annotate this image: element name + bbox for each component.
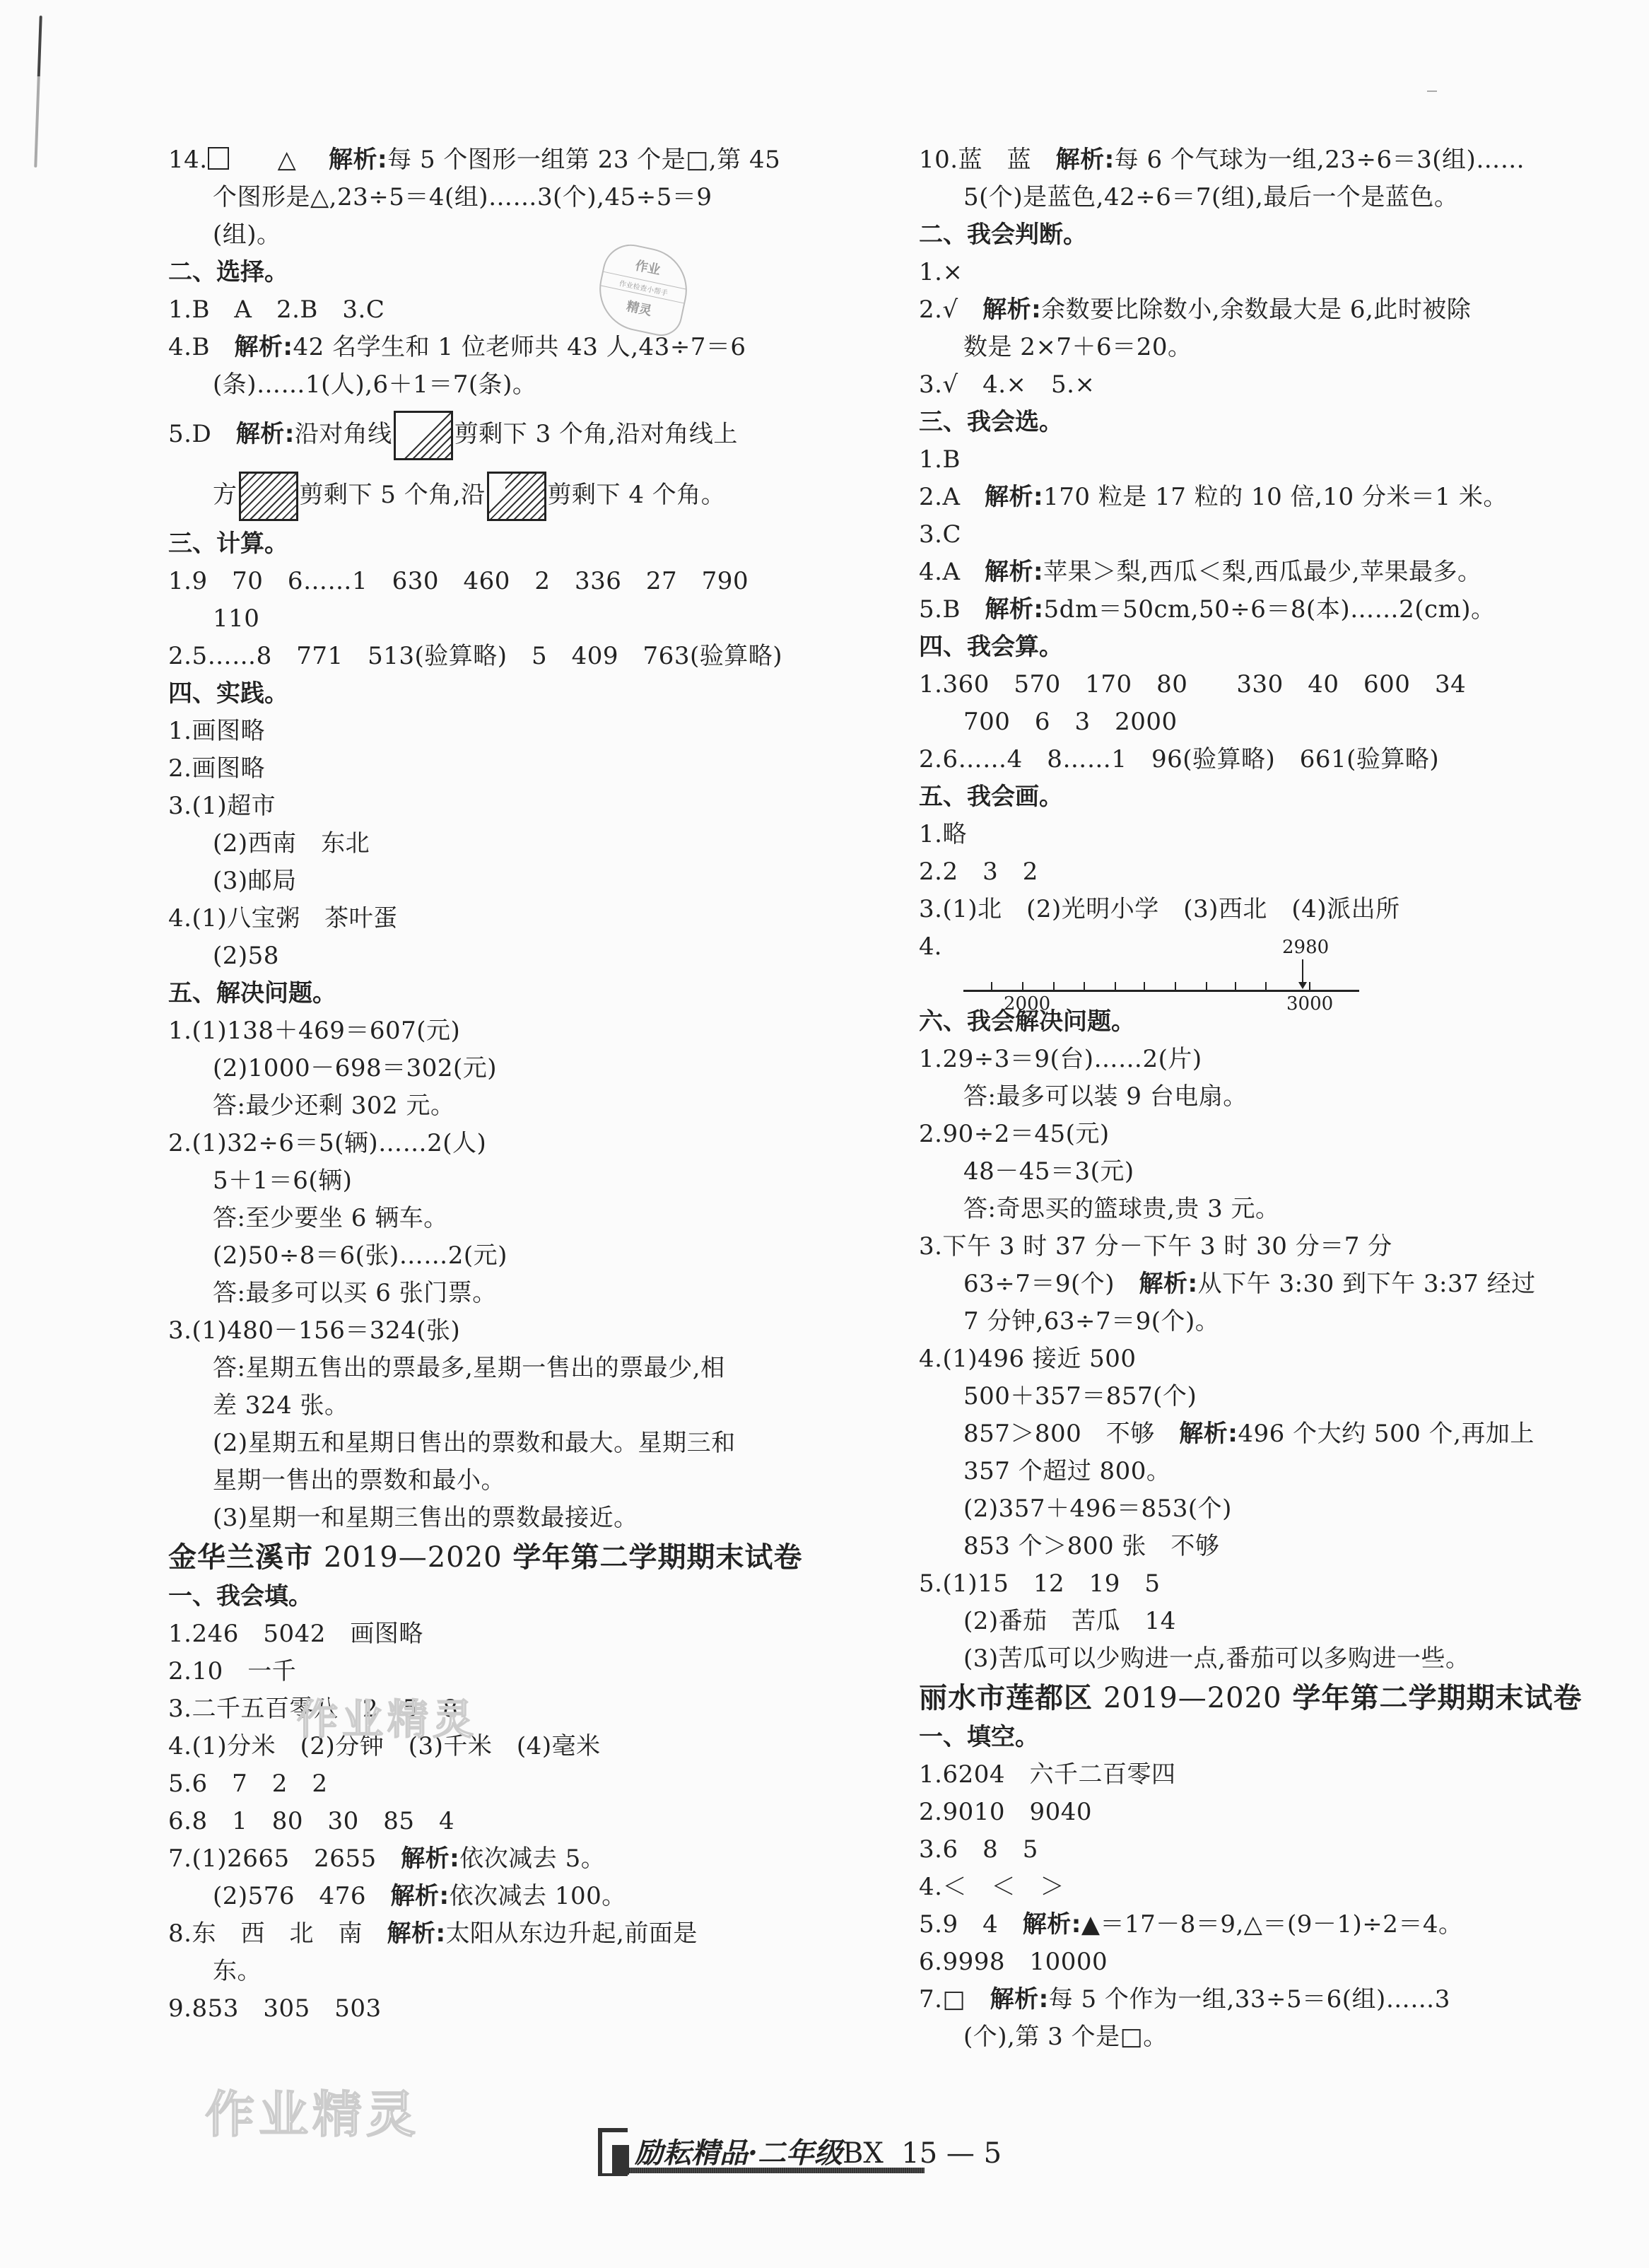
answer-line-continued: 700 6 3 2000 <box>919 703 1626 741</box>
answer-line-continued: (2)50÷8＝6(张)……2(元) <box>168 1237 868 1275</box>
answer-line: 4.B 解析:42 名学生和 1 位老师共 43 人,43÷7＝6 <box>168 329 868 366</box>
footer-text: 励耘精品·二年级BX 15 — 5 <box>635 2131 1002 2171</box>
answer-line: 4.(1)496 接近 500 <box>919 1340 1626 1378</box>
answer-line: 2.10 一千 <box>168 1653 868 1690</box>
exam-title-lanxi: 金华兰溪市 2019—2020 学年第二学期期末试卷 <box>168 1537 868 1578</box>
answer-line: 1.画图略 <box>168 713 868 750</box>
answer-line-continued: (条)……1(人),6＋1＝7(条)。 <box>168 366 868 404</box>
answer-line: 2.5……8 771 513(验算略) 5 409 763(验算略) <box>168 638 868 675</box>
answer-line-continued: 星期一售出的票数和最小。 <box>168 1462 868 1500</box>
answer-line: 2.A 解析:170 粒是 17 粒的 10 倍,10 分米＝1 米。 <box>919 479 1626 516</box>
answer-line: 5.(1)15 12 19 5 <box>919 1565 1626 1603</box>
answer-block-right-bottom: 一、填空。1.6204 六千二百零四2.9010 90403.6 8 54.＜ … <box>919 1719 1626 2056</box>
answer-line: 9.853 305 503 <box>168 1990 868 2028</box>
answer-line: 5.6 7 2 2 <box>168 1765 868 1803</box>
down-arrow-icon <box>1302 959 1303 988</box>
section-heading: 二、选择。 <box>168 254 868 291</box>
answer-line-continued: (2)357＋496＝853(个) <box>919 1490 1626 1528</box>
tick <box>1115 982 1116 990</box>
answer-line: 8.东 西 北 南 解析:太阳从东边升起,前面是 <box>168 1915 868 1953</box>
triangle-shape-icon: △ <box>278 146 297 174</box>
section-heading: 一、填空。 <box>919 1719 1626 1756</box>
answer-line-continued: 答:最多可以买 6 张门票。 <box>168 1275 868 1312</box>
number-line-figure: 4. 2000 3000 2980 <box>919 928 1626 1003</box>
analysis-label: 解析: <box>982 296 1041 324</box>
answer-line: 1.B A 2.B 3.C <box>168 291 868 329</box>
answer-line: 6.9998 10000 <box>919 1943 1626 1981</box>
section-heading: 五、解决问题。 <box>168 975 868 1012</box>
answer-line: 2.画图略 <box>168 750 868 788</box>
answer-line-continued: 7 分钟,63÷7＝9(个)。 <box>919 1303 1626 1340</box>
answer-line: 1.(1)138＋469＝607(元) <box>168 1012 868 1050</box>
answer-line-continued: 答:至少要坐 6 辆车。 <box>168 1200 868 1237</box>
margin-mark <box>34 16 42 168</box>
answer-line: 1.246 5042 画图略 <box>168 1615 868 1653</box>
answer-line-continued: 853 个＞800 张 不够 <box>919 1528 1626 1565</box>
answer-line-continued: (3)邮局 <box>168 863 868 900</box>
answer-line-continued: 差 324 张。 <box>168 1387 868 1425</box>
number-line-question-label: 4. <box>919 928 941 966</box>
cut-diagonal-figure <box>394 411 453 460</box>
analysis-label: 解析: <box>401 1845 459 1873</box>
answer-line-continued: (2)58 <box>168 937 868 975</box>
answer-line: 4.A 解析:苹果＞梨,西瓜＜梨,西瓜最少,苹果最多。 <box>919 554 1626 591</box>
answer-line-continued: (2)番茄 苦瓜 14 <box>919 1603 1626 1640</box>
answer-block-right-top: 10.蓝 蓝 解析:每 6 个气球为一组,23÷6＝3(组)……5(个)是蓝色,… <box>919 141 1626 928</box>
tick <box>1175 982 1176 990</box>
cut-along-figure <box>487 472 546 521</box>
analysis-label: 解析: <box>390 1882 449 1910</box>
answer-line-continued: 357 个超过 800。 <box>919 1453 1626 1490</box>
answer-line: 1.略 <box>919 816 1626 853</box>
watermark: 作业精灵 <box>297 1686 478 1746</box>
answer-line-continued: (2)星期五和星期日售出的票数和最大。星期三和 <box>168 1425 868 1462</box>
cut-above-diagonal-figure <box>239 472 298 521</box>
analysis-label: 解析: <box>387 1919 445 1948</box>
analysis-label: 解析: <box>985 595 1043 624</box>
analysis-label: 解析: <box>985 483 1043 511</box>
answer-block-left-middle: 三、计算。1.9 70 6……1 630 460 2 336 27 790110… <box>168 525 868 1537</box>
answer-line: 4.(1)分米 (2)分钟 (3)千米 (4)毫米 <box>168 1728 868 1765</box>
answer-line: 10.蓝 蓝 解析:每 6 个气球为一组,23÷6＝3(组)…… <box>919 141 1626 179</box>
answer-line-continued: 48－45＝3(元) <box>919 1153 1626 1191</box>
answer-line-continued: 答:最少还剩 302 元。 <box>168 1087 868 1125</box>
answer-line-continued: 答:星期五售出的票最多,星期一售出的票最少,相 <box>168 1350 868 1387</box>
section-heading: 四、实践。 <box>168 675 868 713</box>
answer-line-q5-cont: 方剪剩下 5 个角,沿剪剩下 4 个角。 <box>168 464 868 525</box>
square-shape-icon <box>208 147 229 170</box>
answer-block-left-bottom: 一、我会填。1.246 5042 画图略2.10 一千3.二千五百零八 2 5 … <box>168 1578 868 2028</box>
tick <box>1309 982 1310 990</box>
answer-line-continued: (3)星期一和星期三售出的票数最接近。 <box>168 1500 868 1537</box>
analysis-label: 解析: <box>329 146 387 174</box>
left-column: 14. △ 解析:每 5 个图形一组第 23 个是□,第 45个图形是△,23÷… <box>168 141 868 2028</box>
answer-line-continued: 5(个)是蓝色,42÷6＝7(组),最后一个是蓝色。 <box>919 179 1626 216</box>
analysis-label: 解析: <box>1179 1420 1238 1448</box>
answer-line-continued: (组)。 <box>168 216 868 254</box>
tick <box>1053 982 1055 990</box>
answer-line: 2.90÷2＝45(元) <box>919 1116 1626 1153</box>
answer-line: 3.√ 4.× 5.× <box>919 366 1626 404</box>
answer-line: 63÷7＝9(个) 解析:从下午 3:30 到下午 3:37 经过 <box>919 1265 1626 1303</box>
answer-block-right-middle: 六、我会解决问题。1.29÷3＝9(台)……2(片)答:最多可以装 9 台电扇。… <box>919 1003 1626 1678</box>
series-code: BX <box>843 2137 884 2170</box>
answer-line: (2)576 476 解析:依次减去 100。 <box>168 1878 868 1915</box>
answer-block-left-top: 14. △ 解析:每 5 个图形一组第 23 个是□,第 45个图形是△,23÷… <box>168 141 868 404</box>
answer-line-continued: 110 <box>168 600 868 638</box>
answer-line: 2.2 3 2 <box>919 853 1626 891</box>
answer-line-continued: (3)苦瓜可以少购进一点,番茄可以多购进一些。 <box>919 1640 1626 1678</box>
answer-line-continued: (2)西南 东北 <box>168 825 868 863</box>
answer-line: 7.(1)2665 2655 解析:依次减去 5。 <box>168 1840 868 1878</box>
analysis-label: 解析: <box>1139 1270 1198 1298</box>
answer-line: 3.(1)超市 <box>168 788 868 825</box>
number-line-end-label: 3000 <box>1286 993 1333 1015</box>
right-column: 10.蓝 蓝 解析:每 6 个气球为一组,23÷6＝3(组)……5(个)是蓝色,… <box>919 141 1626 2056</box>
answer-line: 3.C <box>919 516 1626 554</box>
answer-line-q5: 5.D 解析:沿对角线剪剩下 3 个角,沿对角线上 <box>168 404 868 464</box>
tick <box>1022 982 1023 990</box>
answer-line: 2.√ 解析:余数要比除数小,余数最大是 6,此时被除 <box>919 291 1626 329</box>
brand-name: 励耘精品·二年级 <box>635 2137 843 2170</box>
tick <box>1235 982 1236 990</box>
answer-line-continued: 500＋357＝857(个) <box>919 1378 1626 1415</box>
analysis-label: 解析: <box>985 558 1043 586</box>
analysis-label: 解析: <box>234 333 293 361</box>
answer-line-continued: (2)1000－698＝302(元) <box>168 1050 868 1087</box>
answer-line-continued: 个图形是△,23÷5＝4(组)……3(个),45÷5＝9 <box>168 179 868 216</box>
answer-line-continued: (个),第 3 个是□。 <box>919 2018 1626 2056</box>
answer-line: 3.下午 3 时 37 分－下午 3 时 30 分＝7 分 <box>919 1228 1626 1265</box>
number-line-start-label: 2000 <box>1004 993 1050 1015</box>
tick <box>1144 982 1145 990</box>
answer-line: 1.B <box>919 441 1626 479</box>
answer-line: 1.6204 六千二百零四 <box>919 1756 1626 1794</box>
section-heading: 三、计算。 <box>168 525 868 563</box>
answer-line: 7.□ 解析:每 5 个作为一组,33÷5＝6(组)……3 <box>919 1981 1626 2018</box>
section-heading: 三、我会选。 <box>919 404 1626 441</box>
answer-line: 4.＜ ＜ ＞ <box>919 1869 1626 1906</box>
tick <box>1206 982 1207 990</box>
page-number: 15 — 5 <box>901 2137 1002 2170</box>
answer-line: 5.9 4 解析:▲＝17－8＝9,△＝(9－1)÷2＝4。 <box>919 1906 1626 1943</box>
section-heading: 二、我会判断。 <box>919 216 1626 254</box>
analysis-label: 解析: <box>1056 146 1115 174</box>
analysis-label: 解析: <box>990 1985 1049 2013</box>
answer-line-continued: 答:最多可以装 9 台电扇。 <box>919 1078 1626 1116</box>
section-heading: 五、我会画。 <box>919 778 1626 816</box>
answer-line: 3.(1)北 (2)光明小学 (3)西北 (4)派出所 <box>919 891 1626 928</box>
answer-line: 1.29÷3＝9(台)……2(片) <box>919 1041 1626 1078</box>
answer-line: 2.(1)32÷6＝5(辆)……2(人) <box>168 1125 868 1162</box>
answer-line: 3.二千五百零八 2 5 8 <box>168 1690 868 1728</box>
page-footer: 励耘精品·二年级BX 15 — 5 <box>598 2128 1163 2178</box>
watermark: 作业精灵 <box>205 2075 420 2146</box>
tick <box>1084 982 1085 990</box>
answer-line: 1.360 570 170 80 330 40 600 34 <box>919 666 1626 703</box>
tick <box>991 982 992 990</box>
edge-mark <box>1427 90 1437 92</box>
answer-line: 5.B 解析:5dm＝50cm,50÷6＝8(本)……2(cm)。 <box>919 591 1626 629</box>
answer-line: 2.6……4 8……1 96(验算略) 661(验算略) <box>919 741 1626 778</box>
tick <box>1265 982 1267 990</box>
section-heading: 一、我会填。 <box>168 1578 868 1615</box>
exam-title-liandu: 丽水市莲都区 2019—2020 学年第二学期期末试卷 <box>919 1678 1626 1719</box>
answer-line: 4.(1)八宝粥 茶叶蛋 <box>168 900 868 937</box>
answer-line: 2.9010 9040 <box>919 1794 1626 1831</box>
answer-line: 6.8 1 80 30 85 4 <box>168 1803 868 1840</box>
answer-line-continued: 东。 <box>168 1953 868 1990</box>
answer-line: 1.× <box>919 254 1626 291</box>
number-line-marked-label: 2980 <box>1282 937 1329 958</box>
answer-line: 1.9 70 6……1 630 460 2 336 27 790 <box>168 563 868 600</box>
answer-line-continued: 答:奇思买的篮球贵,贵 3 元。 <box>919 1191 1626 1228</box>
footer-block-decoration <box>612 2145 629 2175</box>
analysis-label: 解析: <box>1023 1910 1081 1939</box>
answer-line: 3.6 8 5 <box>919 1831 1626 1869</box>
answer-line-continued: 数是 2×7＋6＝20。 <box>919 329 1626 366</box>
answer-line: 857＞800 不够 解析:496 个大约 500 个,再加上 <box>919 1415 1626 1453</box>
answer-line-continued: 5＋1＝6(辆) <box>168 1162 868 1200</box>
answer-line: 14. △ 解析:每 5 个图形一组第 23 个是□,第 45 <box>168 141 868 179</box>
analysis-label: 解析: <box>236 420 295 448</box>
section-heading: 四、我会算。 <box>919 629 1626 666</box>
answer-line: 3.(1)480－156＝324(张) <box>168 1312 868 1350</box>
